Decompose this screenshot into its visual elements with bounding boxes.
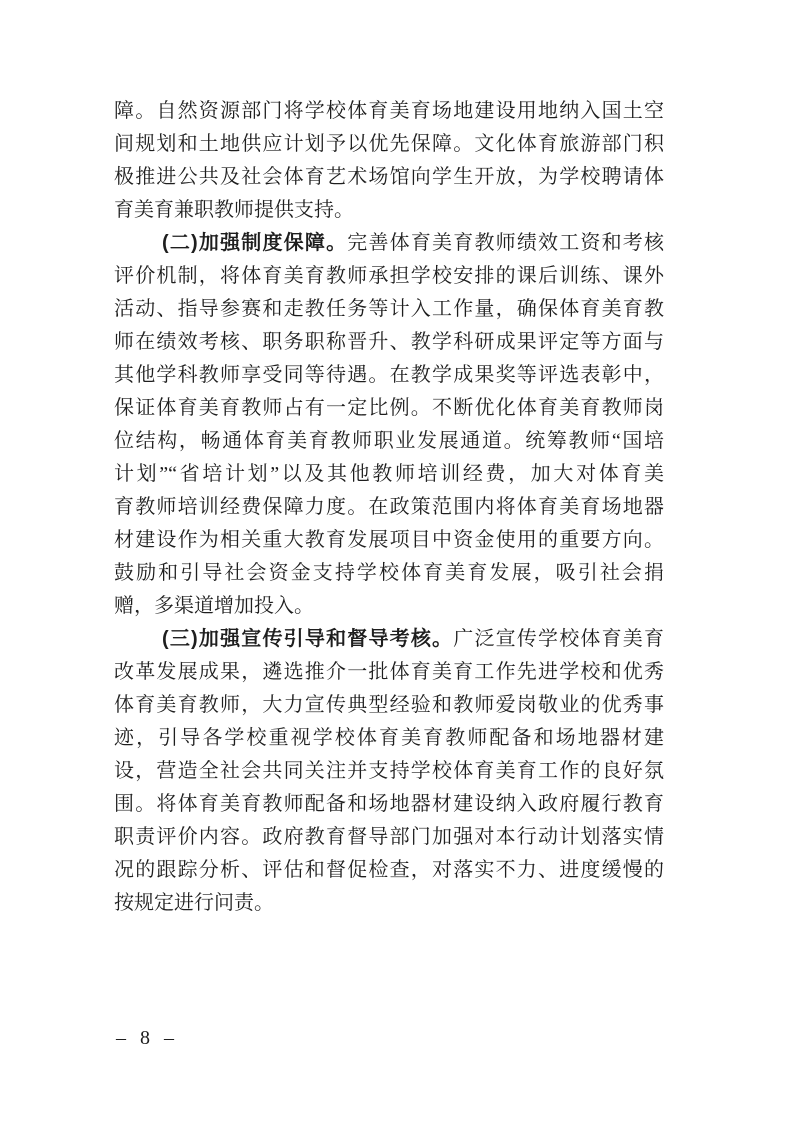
- line-text: 职责评价内容。政府教育督导部门加强对本行动计划落实情: [114, 826, 664, 848]
- line-text: 极推进公共及社会体育艺术场馆向学生开放，为学校聘请体: [114, 166, 664, 188]
- line-text: 围。将体育美育教师配备和场地器材建设纳入政府履行教育: [114, 793, 664, 815]
- line-text: 材建设作为相关重大教育发展项目中资金使用的重要方向。: [114, 529, 664, 551]
- line-text: 位结构，畅通体育美育教师职业发展通道。统筹教师“国培: [114, 430, 664, 452]
- page-number: – 8 –: [116, 1022, 176, 1055]
- line-text: 间规划和土地供应计划予以优先保障。文化体育旅游部门积: [114, 133, 664, 155]
- line-text: 保证体育美育教师占有一定比例。不断优化体育美育教师岗: [114, 397, 664, 419]
- text-line: 保证体育美育教师占有一定比例。不断优化体育美育教师岗: [114, 392, 664, 425]
- document-body: 障。自然资源部门将学校体育美育场地建设用地纳入国土空 间规划和土地供应计划予以优…: [114, 95, 664, 920]
- text-line: 障。自然资源部门将学校体育美育场地建设用地纳入国土空: [114, 95, 664, 128]
- text-line: 改革发展成果，遴选推介一批体育美育工作先进学校和优秀: [114, 656, 664, 689]
- text-line: 围。将体育美育教师配备和场地器材建设纳入政府履行教育: [114, 788, 664, 821]
- line-text: 其他学科教师享受同等待遇。在教学成果奖等评选表彰中，: [114, 364, 664, 386]
- line-text: 计划”“省培计划”以及其他教师培训经费，加大对体育美: [114, 463, 664, 485]
- text-line: 间规划和土地供应计划予以优先保障。文化体育旅游部门积: [114, 128, 664, 161]
- text-line: 赠，多渠道增加投入。: [114, 590, 664, 623]
- line-text: 迹，引导各学校重视学校体育美育教师配备和场地器材建: [114, 727, 664, 749]
- section-heading-2: (二)加强制度保障。: [162, 232, 347, 254]
- text-line: 极推进公共及社会体育艺术场馆向学生开放，为学校聘请体: [114, 161, 664, 194]
- line-text: 评价机制，将体育美育教师承担学校安排的课后训练、课外: [114, 265, 664, 287]
- text-line: 材建设作为相关重大教育发展项目中资金使用的重要方向。: [114, 524, 664, 557]
- text-line: 计划”“省培计划”以及其他教师培训经费，加大对体育美: [114, 458, 664, 491]
- line-text: 按规定进行问责。: [114, 892, 274, 914]
- text-line: 鼓励和引导社会资金支持学校体育美育发展，吸引社会捐: [114, 557, 664, 590]
- section-heading-3: (三)加强宣传引导和督导考核。: [162, 628, 453, 650]
- line-text: 鼓励和引导社会资金支持学校体育美育发展，吸引社会捐: [114, 562, 664, 584]
- line-text: 障。自然资源部门将学校体育美育场地建设用地纳入国土空: [114, 100, 664, 122]
- text-line: 评价机制，将体育美育教师承担学校安排的课后训练、课外: [114, 260, 664, 293]
- text-line: (三)加强宣传引导和督导考核。广泛宣传学校体育美育: [114, 623, 664, 656]
- document-page: 障。自然资源部门将学校体育美育场地建设用地纳入国土空 间规划和土地供应计划予以优…: [0, 0, 793, 1122]
- text-line: 其他学科教师享受同等待遇。在教学成果奖等评选表彰中，: [114, 359, 664, 392]
- text-line: 按规定进行问责。: [114, 887, 664, 920]
- line-text: 体育美育教师，大力宣传典型经验和教师爱岗敬业的优秀事: [114, 694, 664, 716]
- text-line: 体育美育教师，大力宣传典型经验和教师爱岗敬业的优秀事: [114, 689, 664, 722]
- text-line: 位结构，畅通体育美育教师职业发展通道。统筹教师“国培: [114, 425, 664, 458]
- text-line: 活动、指导参赛和走教任务等计入工作量，确保体育美育教: [114, 293, 664, 326]
- text-line: 育教师培训经费保障力度。在政策范围内将体育美育场地器: [114, 491, 664, 524]
- text-line: 职责评价内容。政府教育督导部门加强对本行动计划落实情: [114, 821, 664, 854]
- line-text: 育美育兼职教师提供支持。: [114, 199, 354, 221]
- line-text: 广泛宣传学校体育美育: [453, 628, 664, 650]
- line-text: 师在绩效考核、职务职称晋升、教学科研成果评定等方面与: [114, 331, 664, 353]
- line-text: 完善体育美育教师绩效工资和考核: [347, 232, 664, 254]
- text-line: 育美育兼职教师提供支持。: [114, 194, 664, 227]
- line-text: 况的跟踪分析、评估和督促检查，对落实不力、进度缓慢的: [114, 859, 664, 881]
- text-line: 师在绩效考核、职务职称晋升、教学科研成果评定等方面与: [114, 326, 664, 359]
- text-line: 况的跟踪分析、评估和督促检查，对落实不力、进度缓慢的: [114, 854, 664, 887]
- line-text: 育教师培训经费保障力度。在政策范围内将体育美育场地器: [114, 496, 664, 518]
- text-line: 迹，引导各学校重视学校体育美育教师配备和场地器材建: [114, 722, 664, 755]
- line-text: 设，营造全社会共同关注并支持学校体育美育工作的良好氛: [114, 760, 664, 782]
- line-text: 赠，多渠道增加投入。: [114, 595, 314, 617]
- text-line: (二)加强制度保障。完善体育美育教师绩效工资和考核: [114, 227, 664, 260]
- line-text: 改革发展成果，遴选推介一批体育美育工作先进学校和优秀: [114, 661, 664, 683]
- line-text: 活动、指导参赛和走教任务等计入工作量，确保体育美育教: [114, 298, 664, 320]
- text-line: 设，营造全社会共同关注并支持学校体育美育工作的良好氛: [114, 755, 664, 788]
